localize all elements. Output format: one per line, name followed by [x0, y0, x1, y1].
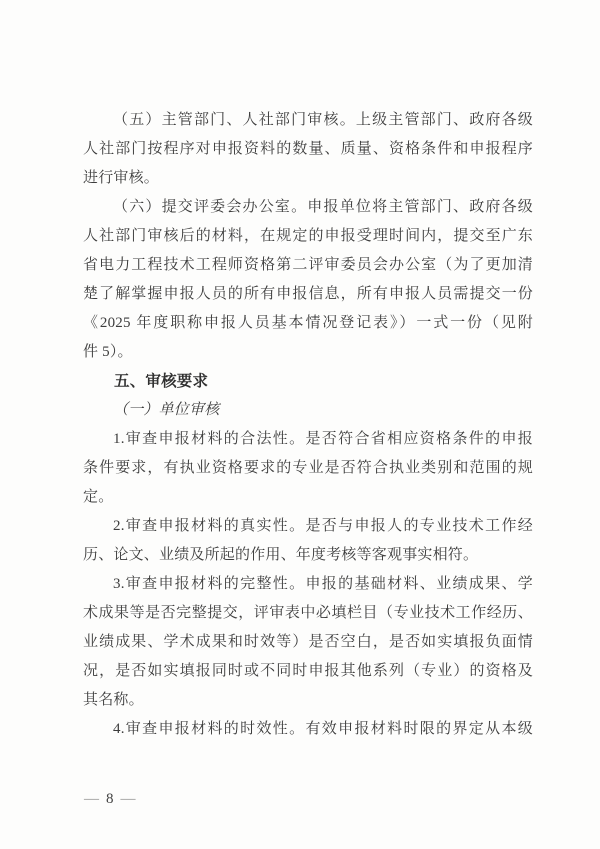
paragraph: （五）主管部门、人社部门审核。上级主管部门、政府各级人社部门按程序对申报资料的数… [83, 106, 533, 193]
text-line: 业绩成果、学术成果和时效等）是否空白，是否如实填报负面情 [83, 628, 533, 657]
text-line: 3.审查申报材料的完整性。申报的基础材料、业绩成果、学 [83, 570, 533, 599]
document-page: （五）主管部门、人社部门审核。上级主管部门、政府各级人社部门按程序对申报资料的数… [0, 0, 600, 849]
paragraph: （六）提交评委会办公室。申报单位将主管部门、政府各级人社部门审核后的材料，在规定… [83, 193, 533, 367]
text-line: 历、论文、业绩及所起的作用、年度考核等客观事实相符。 [83, 541, 533, 570]
text-line: 况，是否如实填报同时或不同时申报其他系列（专业）的资格及 [83, 657, 533, 686]
text-line: 件 5）。 [83, 338, 533, 367]
page-number: 8 [106, 791, 114, 807]
text-line: 省电力工程技术工程师资格第二评审委员会办公室（为了更加清 [83, 251, 533, 280]
text-line: 条件要求，有执业资格要求的专业是否符合执业类别和范围的规 [83, 454, 533, 483]
section-heading: 五、审核要求 [83, 367, 533, 396]
text-line: 4.审查申报材料的时效性。有效申报材料时限的界定从本级 [83, 715, 533, 744]
text-line: 定。 [83, 483, 533, 512]
subsection-heading: （一）单位审核 [83, 396, 533, 425]
text-line: （一）单位审核 [83, 396, 533, 425]
paragraph: 1.审查申报材料的合法性。是否符合省相应资格条件的申报条件要求，有执业资格要求的… [83, 425, 533, 512]
text-line: 2.审查申报材料的真实性。是否与申报人的专业技术工作经 [83, 512, 533, 541]
text-line: （六）提交评委会办公室。申报单位将主管部门、政府各级 [83, 193, 533, 222]
text-line: 五、审核要求 [83, 367, 533, 396]
text-line: 术成果等是否完整提交，评审表中必填栏目（专业技术工作经历、 [83, 599, 533, 628]
text-line: 进行审核。 [83, 164, 533, 193]
paragraph: 2.审查申报材料的真实性。是否与申报人的专业技术工作经历、论文、业绩及所起的作用… [83, 512, 533, 570]
text-line: 《2025 年度职称申报人员基本情况登记表》）一式一份（见附 [83, 309, 533, 338]
paragraph: 4.审查申报材料的时效性。有效申报材料时限的界定从本级 [83, 715, 533, 744]
text-line: （五）主管部门、人社部门审核。上级主管部门、政府各级 [83, 106, 533, 135]
paragraph: 3.审查申报材料的完整性。申报的基础材料、业绩成果、学术成果等是否完整提交，评审… [83, 570, 533, 715]
text-line: 1.审查申报材料的合法性。是否符合省相应资格条件的申报 [83, 425, 533, 454]
text-line: 其名称。 [83, 686, 533, 715]
text-line: 人社部门按程序对申报资料的数量、质量、资格条件和申报程序 [83, 135, 533, 164]
text-line: 人社部门审核后的材料，在规定的申报受理时间内，提交至广东 [83, 222, 533, 251]
text-line: 楚了解掌握申报人员的所有申报信息，所有申报人员需提交一份 [83, 280, 533, 309]
page-footer: —8— [84, 789, 136, 809]
document-body: （五）主管部门、人社部门审核。上级主管部门、政府各级人社部门按程序对申报资料的数… [83, 106, 533, 744]
footer-dash-left: — [84, 791, 99, 807]
footer-dash-right: — [121, 791, 136, 807]
